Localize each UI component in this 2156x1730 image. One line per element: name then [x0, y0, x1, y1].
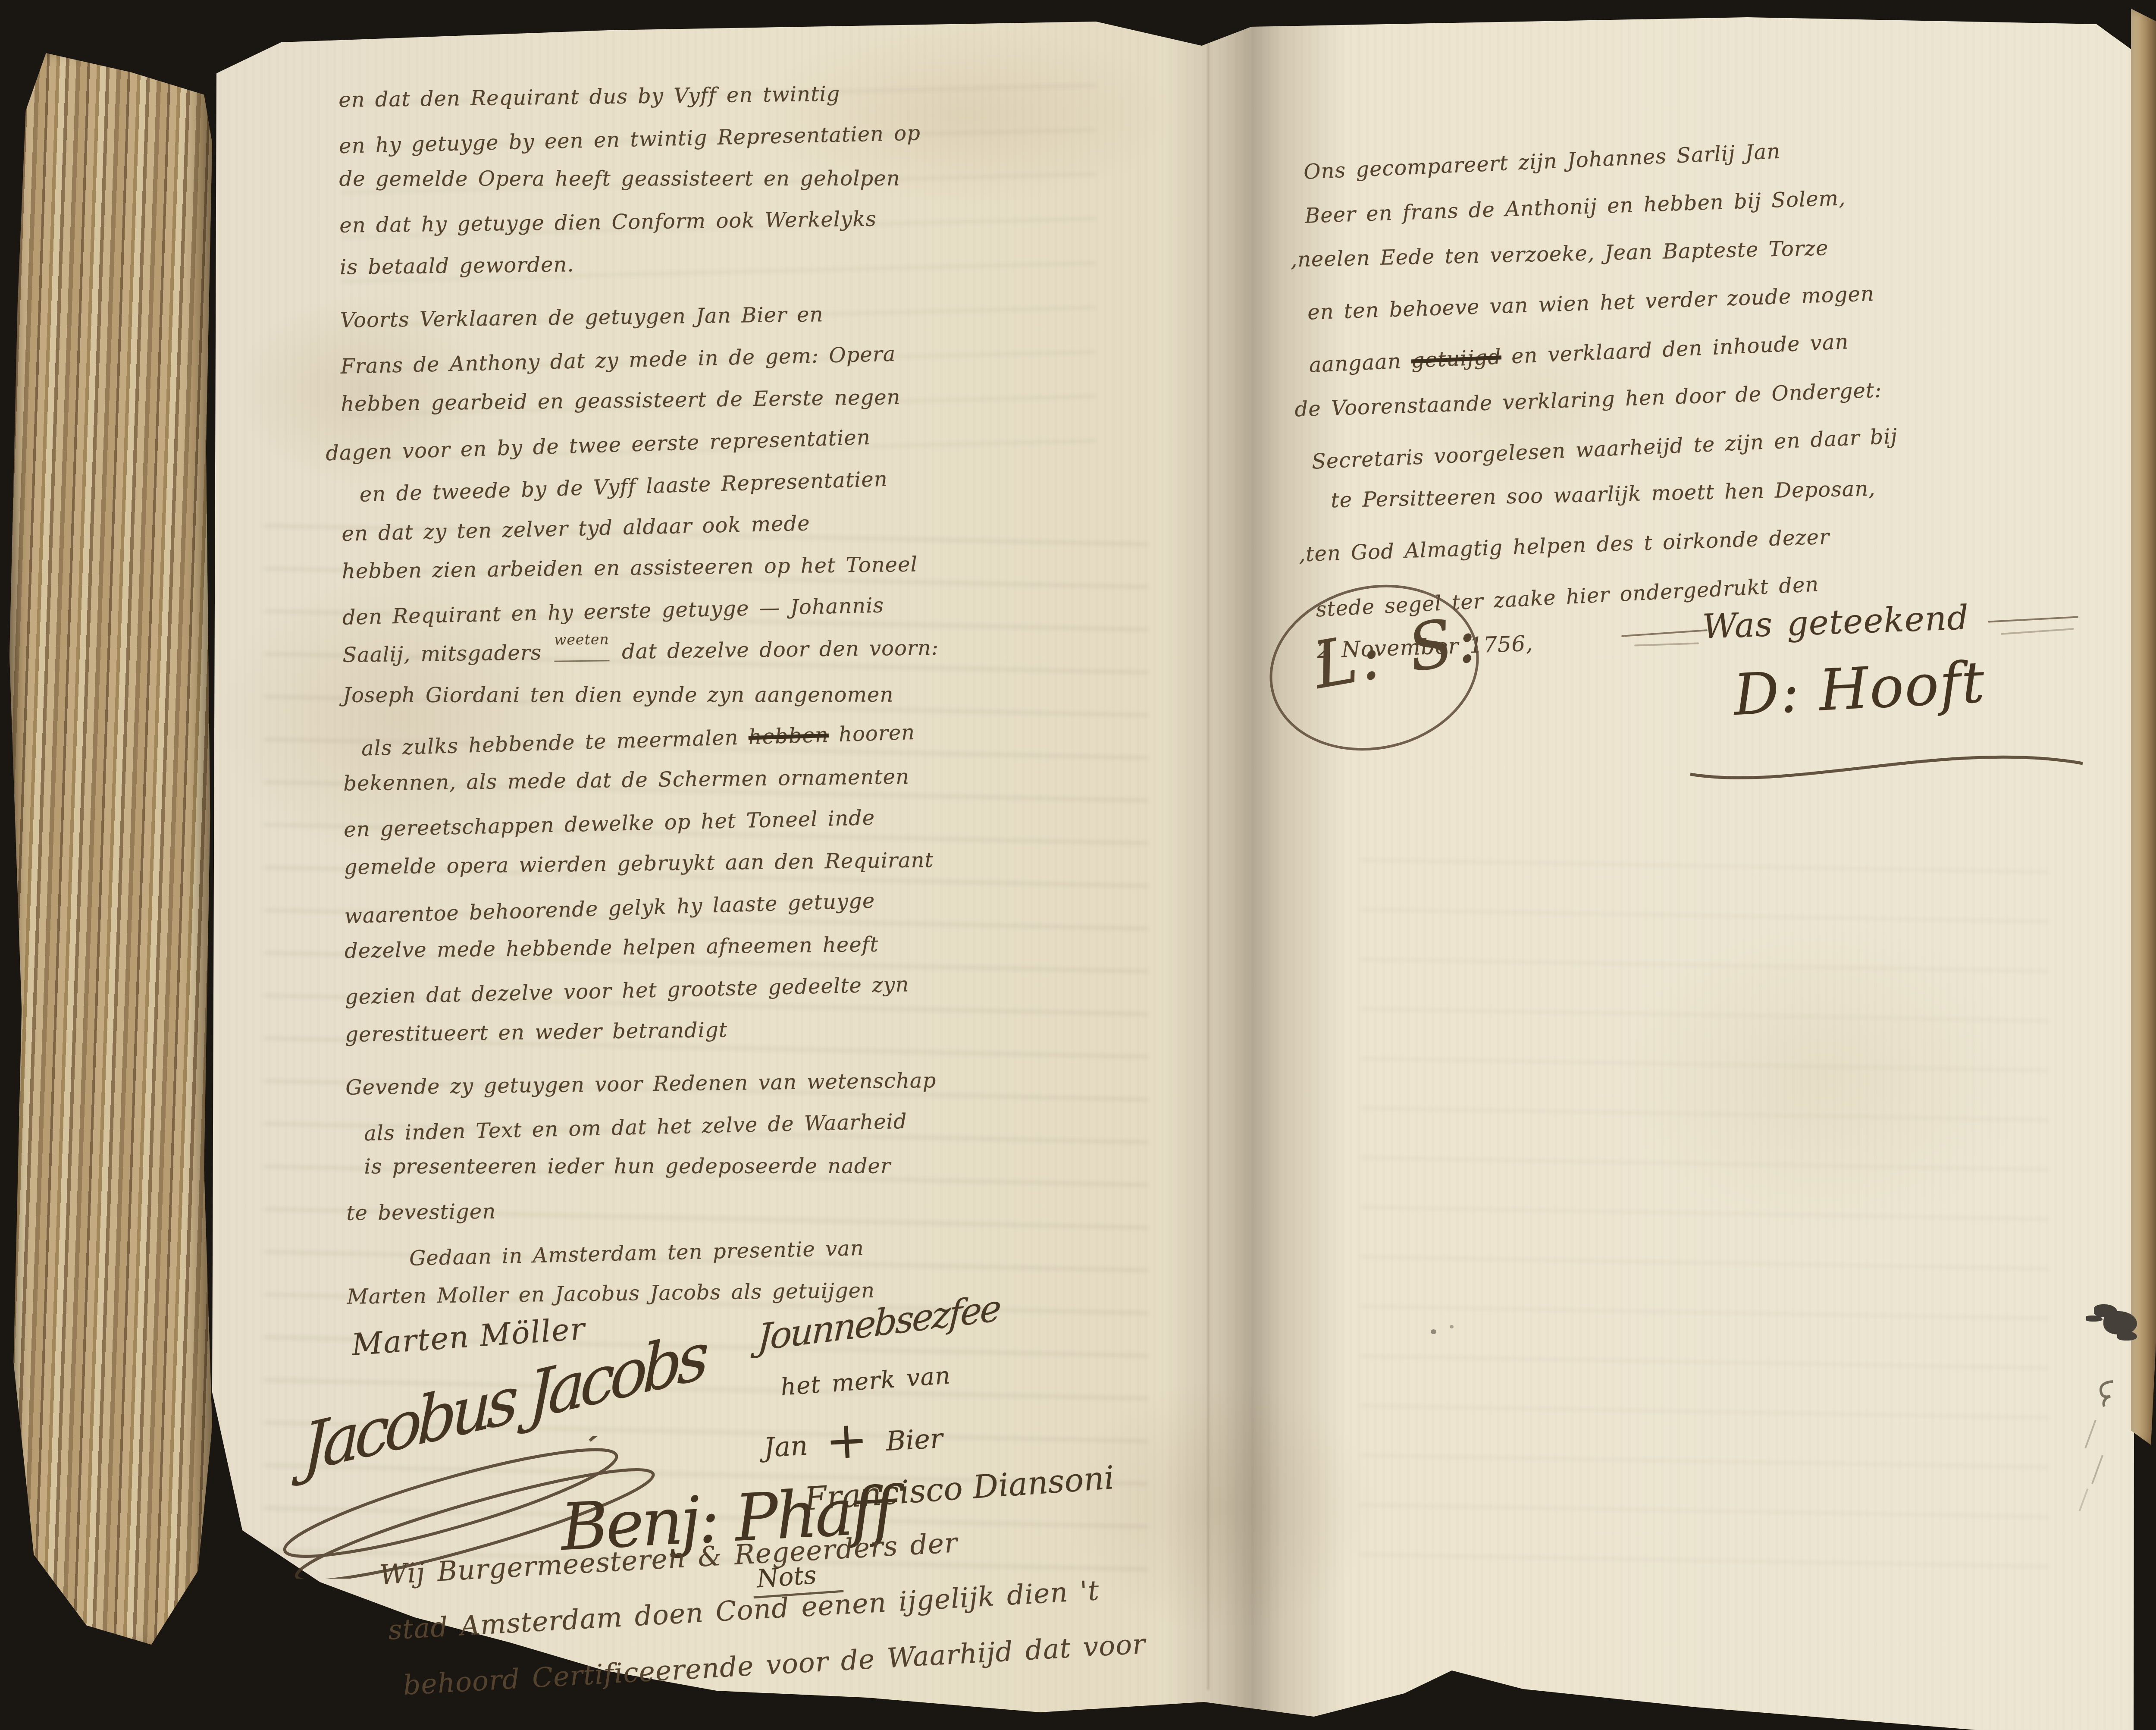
ink-speck — [1450, 1325, 1454, 1328]
locus-sigilli-oval: L: S: — [1261, 574, 1490, 763]
manuscript-line-with-insertion: Saalij, mitsgaders weeten dat dezelve do… — [342, 624, 1175, 679]
struck-out-word: getuijgd — [1411, 345, 1502, 373]
line-part: als zulks hebbende te meermalen — [361, 725, 739, 761]
ink-speck — [1431, 1329, 1436, 1334]
ink-blot-right-edge — [2103, 1311, 2137, 1334]
interlinear-insertion: weeten — [554, 618, 610, 662]
burgomaster-certification-block: Wij Burgermeesteren & Regeerders der sta… — [379, 1548, 1147, 1713]
line-part: Saalij, mitsgaders — [342, 641, 542, 667]
marginal-squiggle — [2095, 1378, 2121, 1408]
paragraph-payment: en dat den Requirant dus by Vyff en twin… — [338, 71, 1172, 286]
manuscript-line: is presenteeren ieder hun gedeposeerde n… — [364, 1145, 1178, 1188]
mark-name-part: Jan — [763, 1430, 808, 1463]
photograph-of-bound-manuscript: { "document": { "kind": "Handwritten not… — [0, 0, 2156, 1730]
struck-out-word: hebben — [748, 723, 829, 749]
secretary-signature-hooft: D: Hooft — [1732, 649, 1987, 728]
jan-bier-mark-line: Jan + Bier — [762, 1400, 944, 1469]
line-part: hooren — [838, 720, 915, 747]
left-page-text-block: en dat den Requirant dus by Vyff en twin… — [338, 71, 1179, 1327]
line-part: aangaan — [1309, 349, 1402, 377]
manuscript-line: de gemelde Opera heeft geassisteert en g… — [339, 157, 1172, 200]
witness-cross-mark: + — [824, 1410, 870, 1471]
paragraph-closing: Gevende zy getuygen voor Redenen van wet… — [345, 1059, 1179, 1316]
signature-underline-swash — [1682, 733, 2096, 794]
book-page-edges-right — [2131, 9, 2156, 1445]
book-page-edges-left — [9, 47, 212, 1651]
mark-name-part: Bier — [885, 1422, 943, 1457]
line-part: en verklaard den inhoude van — [1511, 330, 1849, 368]
gutter-crease — [1207, 29, 1209, 1690]
paragraph-witness-declaration: Voorts Verklaaren de getuygen Jan Bier e… — [340, 292, 1177, 1053]
line-part: dat dezelve door den voorn: — [622, 636, 939, 664]
